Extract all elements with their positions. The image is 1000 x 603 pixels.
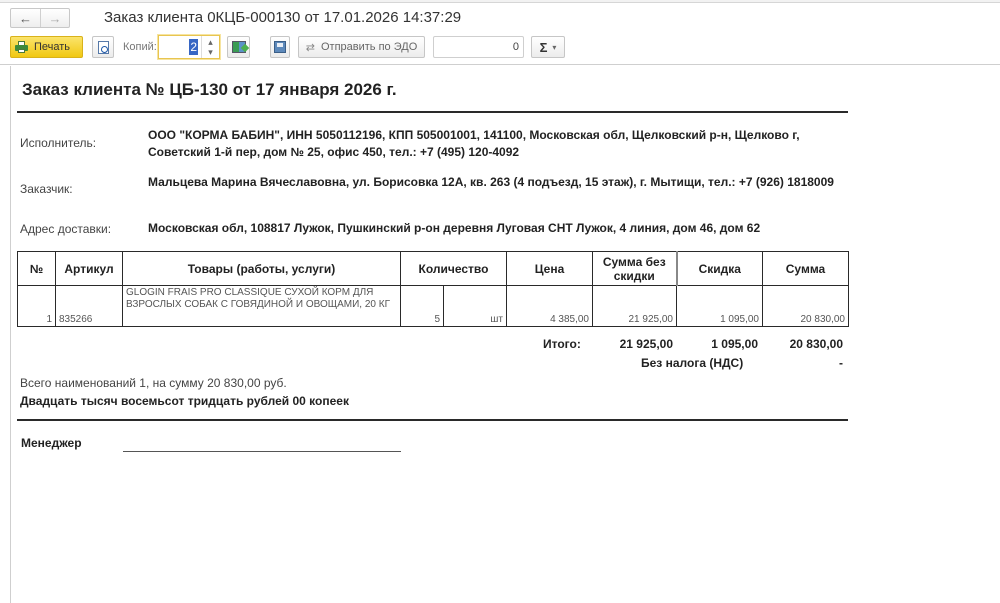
selection-sum-field[interactable]: 0 <box>433 36 524 58</box>
window-title: Заказ клиента 0КЦБ-000130 от 17.01.2026 … <box>104 9 461 26</box>
customer-value: Мальцева Марина Вячеславовна, ул. Борисо… <box>148 174 848 191</box>
send-edo-button[interactable]: ⇄ Отправить по ЭДО <box>298 36 425 58</box>
row-goods: GLOGIN FRAIS PRO CLASSIQUE СУХОЙ КОРМ ДЛ… <box>123 286 401 327</box>
header-sum-no-discount: Сумма без скидки <box>593 252 677 286</box>
copies-input[interactable]: 2 ▴ ▾ <box>158 35 220 59</box>
forward-button[interactable]: → <box>40 9 69 27</box>
copies-value[interactable]: 2 <box>189 39 198 55</box>
row-unit: шт <box>444 286 507 327</box>
copies-label: Копий: <box>123 41 157 53</box>
table-header-row: № Артикул Товары (работы, услуги) Количе… <box>18 252 849 286</box>
chevron-down-icon: ▾ <box>552 43 556 52</box>
row-price: 4 385,00 <box>507 286 593 327</box>
header-discount: Скидка <box>677 252 763 286</box>
document-title: Заказ клиента № ЦБ-130 от 17 января 2026… <box>22 80 397 100</box>
items-table: № Артикул Товары (работы, услуги) Количе… <box>17 251 849 327</box>
table-row: 1 835266 GLOGIN FRAIS PRO CLASSIQUE СУХО… <box>18 286 849 327</box>
edit-table-icon <box>232 41 246 53</box>
save-button[interactable] <box>270 36 290 58</box>
executor-label: Исполнитель: <box>20 136 96 150</box>
edit-document-button[interactable] <box>227 36 250 58</box>
manager-label: Менеджер <box>21 436 82 450</box>
row-num: 1 <box>18 286 56 327</box>
header-goods: Товары (работы, услуги) <box>123 252 401 286</box>
header-sum: Сумма <box>763 252 849 286</box>
arrow-left-icon: ← <box>19 11 32 26</box>
amount-in-words: Двадцать тысяч восемьсот тридцать рублей… <box>20 394 349 408</box>
title-divider <box>17 111 848 113</box>
row-sum-no-discount: 21 925,00 <box>593 286 677 327</box>
toolbar: Печать Копий: 2 ▴ ▾ ⇄ Отправить по ЭДО 0… <box>0 34 1000 60</box>
totals-sum: 20 830,00 <box>765 337 843 351</box>
totals-sum-no-discount: 21 925,00 <box>595 337 673 351</box>
totals-discount: 1 095,00 <box>680 337 758 351</box>
spin-up-icon[interactable]: ▴ <box>202 37 219 47</box>
customer-label: Заказчик: <box>20 182 73 196</box>
delivery-address-label: Адрес доставки: <box>20 222 111 236</box>
header-price: Цена <box>507 252 593 286</box>
floppy-disk-icon <box>274 41 286 53</box>
vat-label: Без налога (НДС) <box>641 356 743 370</box>
executor-value: ООО "КОРМА БАБИН", ИНН 5050112196, КПП 5… <box>148 127 848 161</box>
footer-divider <box>17 419 848 421</box>
manager-signature-line <box>123 451 401 452</box>
row-sum: 20 830,00 <box>763 286 849 327</box>
exchange-icon: ⇄ <box>306 41 315 54</box>
spin-down-icon[interactable]: ▾ <box>202 47 219 57</box>
sigma-icon: Σ <box>540 40 548 55</box>
header-num: № <box>18 252 56 286</box>
navigation-buttons: ← → <box>10 8 70 28</box>
preview-button[interactable] <box>92 36 114 58</box>
back-button[interactable]: ← <box>11 9 40 27</box>
delivery-address-value: Московская обл, 108817 Лужок, Пушкинский… <box>148 220 848 237</box>
toolbar-divider <box>0 64 1000 65</box>
print-button[interactable]: Печать <box>10 36 83 58</box>
row-discount: 1 095,00 <box>677 286 763 327</box>
row-article: 835266 <box>56 286 123 327</box>
window-top-strip <box>0 0 1000 3</box>
print-button-label: Печать <box>34 41 70 53</box>
sum-mode-dropdown[interactable]: Σ ▾ <box>531 36 565 58</box>
vat-value: - <box>800 356 843 370</box>
totals-label: Итого: <box>543 337 581 351</box>
row-qty: 5 <box>401 286 444 327</box>
arrow-right-icon: → <box>49 11 62 26</box>
magnifier-document-icon <box>98 41 109 54</box>
items-summary: Всего наименований 1, на сумму 20 830,00… <box>20 376 287 390</box>
header-quantity: Количество <box>401 252 507 286</box>
send-edo-label: Отправить по ЭДО <box>321 41 417 53</box>
copies-stepper[interactable]: ▴ ▾ <box>201 36 219 58</box>
header-article: Артикул <box>56 252 123 286</box>
printer-icon <box>15 41 28 53</box>
